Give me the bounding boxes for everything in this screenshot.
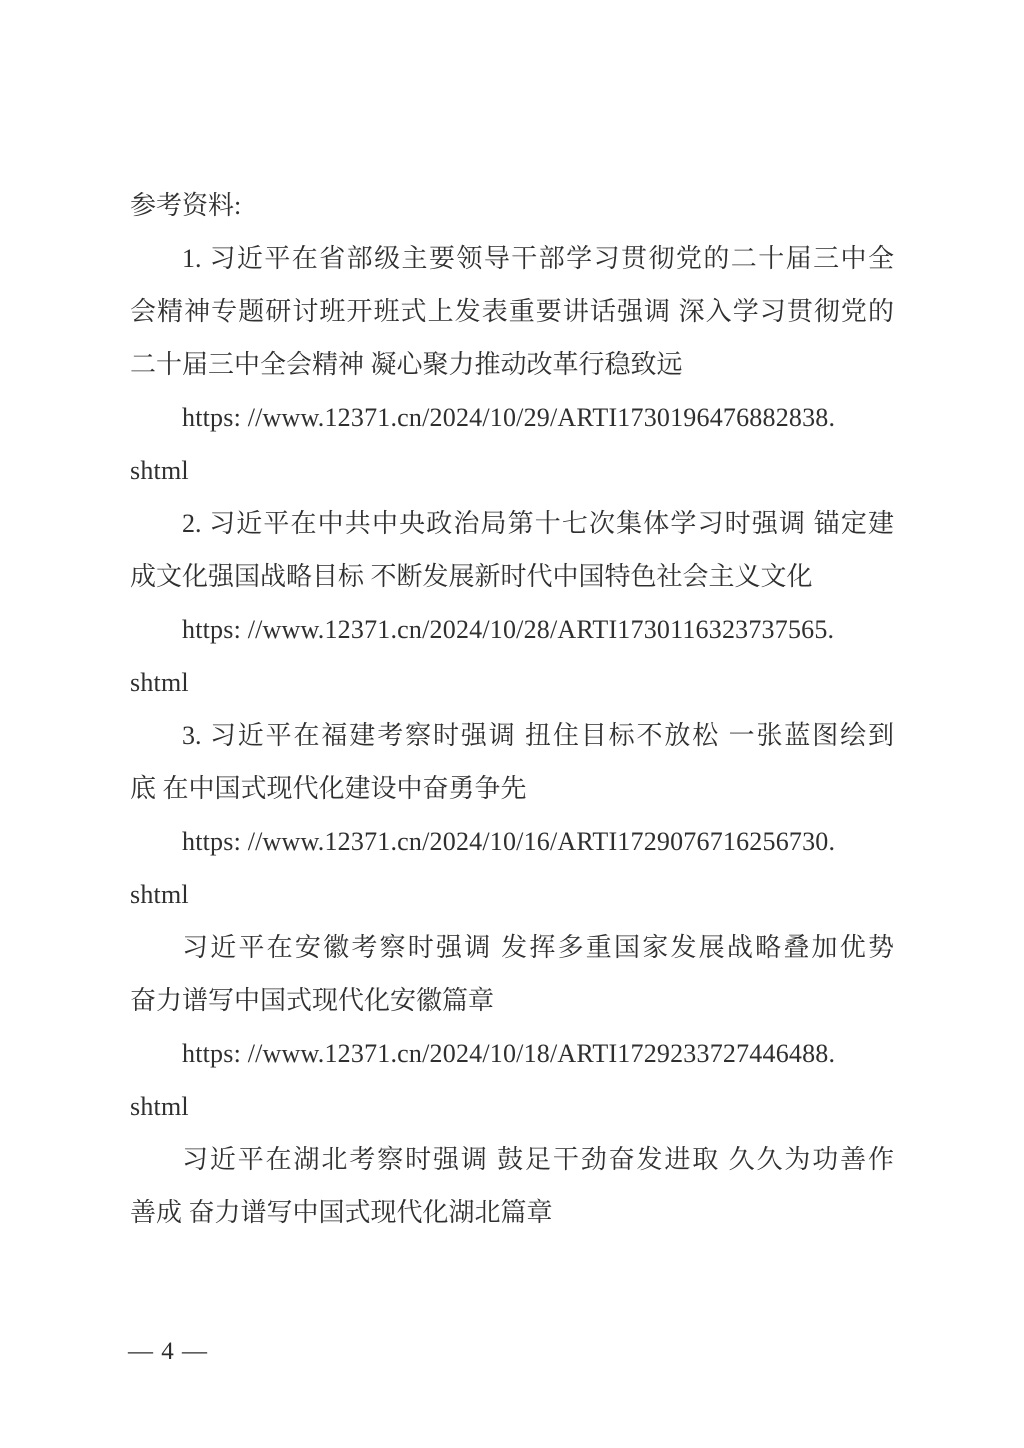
reference-url-line: https: //www.12371.cn/2024/10/16/ARTI172… [130, 815, 894, 868]
reference-text-line: 底 在中国式现代化建设中奋勇争先 [130, 762, 894, 815]
reference-item-paragraph: 2. 习近平在中共中央政治局第十七次集体学习时强调 锚定建成文化强国战略目标 不… [130, 497, 894, 603]
document-content: 参考资料: 1. 习近平在省部级主要领导干部学习贯彻党的二十届三中全会精神专题研… [130, 179, 894, 1239]
page-number: — 4 — [128, 1337, 208, 1367]
reference-text-line: 2. 习近平在中共中央政治局第十七次集体学习时强调 锚定建 [130, 497, 894, 550]
reference-text-line: 善成 奋力谱写中国式现代化湖北篇章 [130, 1186, 894, 1239]
reference-item-paragraph: 习近平在湖北考察时强调 鼓足干劲奋发进取 久久为功善作善成 奋力谱写中国式现代化… [130, 1133, 894, 1239]
reference-url-line: shtml [130, 1080, 894, 1133]
reference-url-line: https: //www.12371.cn/2024/10/18/ARTI172… [130, 1027, 894, 1080]
document-page: 参考资料: 1. 习近平在省部级主要领导干部学习贯彻党的二十届三中全会精神专题研… [0, 0, 1024, 1448]
reference-url-line: https: //www.12371.cn/2024/10/29/ARTI173… [130, 391, 894, 444]
reference-text-line: 1. 习近平在省部级主要领导干部学习贯彻党的二十届三中全 [130, 232, 894, 285]
document-heading: 参考资料: [130, 179, 894, 232]
reference-url-line: shtml [130, 868, 894, 921]
reference-url-paragraph: https: //www.12371.cn/2024/10/29/ARTI173… [130, 391, 894, 497]
reference-url-paragraph: https: //www.12371.cn/2024/10/18/ARTI172… [130, 1027, 894, 1133]
reference-url-line: https: //www.12371.cn/2024/10/28/ARTI173… [130, 603, 894, 656]
reference-url-paragraph: https: //www.12371.cn/2024/10/16/ARTI172… [130, 815, 894, 921]
reference-text-line: 3. 习近平在福建考察时强调 扭住目标不放松 一张蓝图绘到 [130, 709, 894, 762]
reference-url-line: shtml [130, 656, 894, 709]
reference-text-line: 成文化强国战略目标 不断发展新时代中国特色社会主义文化 [130, 550, 894, 603]
reference-item-paragraph: 3. 习近平在福建考察时强调 扭住目标不放松 一张蓝图绘到底 在中国式现代化建设… [130, 709, 894, 815]
reference-url-paragraph: https: //www.12371.cn/2024/10/28/ARTI173… [130, 603, 894, 709]
reference-text-line: 习近平在湖北考察时强调 鼓足干劲奋发进取 久久为功善作 [130, 1133, 894, 1186]
reference-text-line: 奋力谱写中国式现代化安徽篇章 [130, 974, 894, 1027]
reference-item-paragraph: 习近平在安徽考察时强调 发挥多重国家发展战略叠加优势奋力谱写中国式现代化安徽篇章 [130, 921, 894, 1027]
reference-item-paragraph: 1. 习近平在省部级主要领导干部学习贯彻党的二十届三中全会精神专题研讨班开班式上… [130, 232, 894, 391]
reference-text-line: 习近平在安徽考察时强调 发挥多重国家发展战略叠加优势 [130, 921, 894, 974]
reference-url-line: shtml [130, 444, 894, 497]
reference-text-line: 会精神专题研讨班开班式上发表重要讲话强调 深入学习贯彻党的 [130, 285, 894, 338]
reference-text-line: 二十届三中全会精神 凝心聚力推动改革行稳致远 [130, 338, 894, 391]
